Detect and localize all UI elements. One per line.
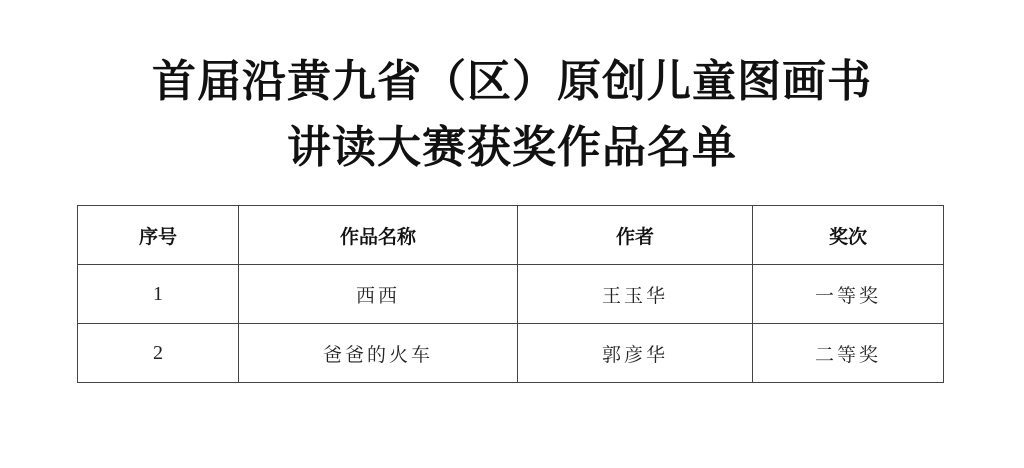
table-row: 2 爸爸的火车 郭彦华 二等奖 — [78, 324, 944, 383]
cell-award: 二等奖 — [753, 324, 944, 383]
table-header-row: 序号 作品名称 作者 奖次 — [78, 206, 944, 265]
header-index: 序号 — [78, 206, 239, 265]
cell-work-title: 爸爸的火车 — [239, 324, 518, 383]
cell-index: 1 — [78, 265, 239, 324]
award-list-table: 序号 作品名称 作者 奖次 1 西西 王玉华 一等奖 2 爸爸的火车 郭彦华 二… — [77, 205, 944, 383]
document-title-line-1: 首届沿黄九省（区）原创儿童图画书 — [0, 52, 1024, 112]
cell-index: 2 — [78, 324, 239, 383]
header-author: 作者 — [518, 206, 753, 265]
document-title-line-2: 讲读大赛获奖作品名单 — [0, 118, 1024, 178]
cell-work-title: 西西 — [239, 265, 518, 324]
cell-author: 郭彦华 — [518, 324, 753, 383]
cell-author: 王玉华 — [518, 265, 753, 324]
cell-award: 一等奖 — [753, 265, 944, 324]
table-row: 1 西西 王玉华 一等奖 — [78, 265, 944, 324]
header-work-title: 作品名称 — [239, 206, 518, 265]
header-award: 奖次 — [753, 206, 944, 265]
